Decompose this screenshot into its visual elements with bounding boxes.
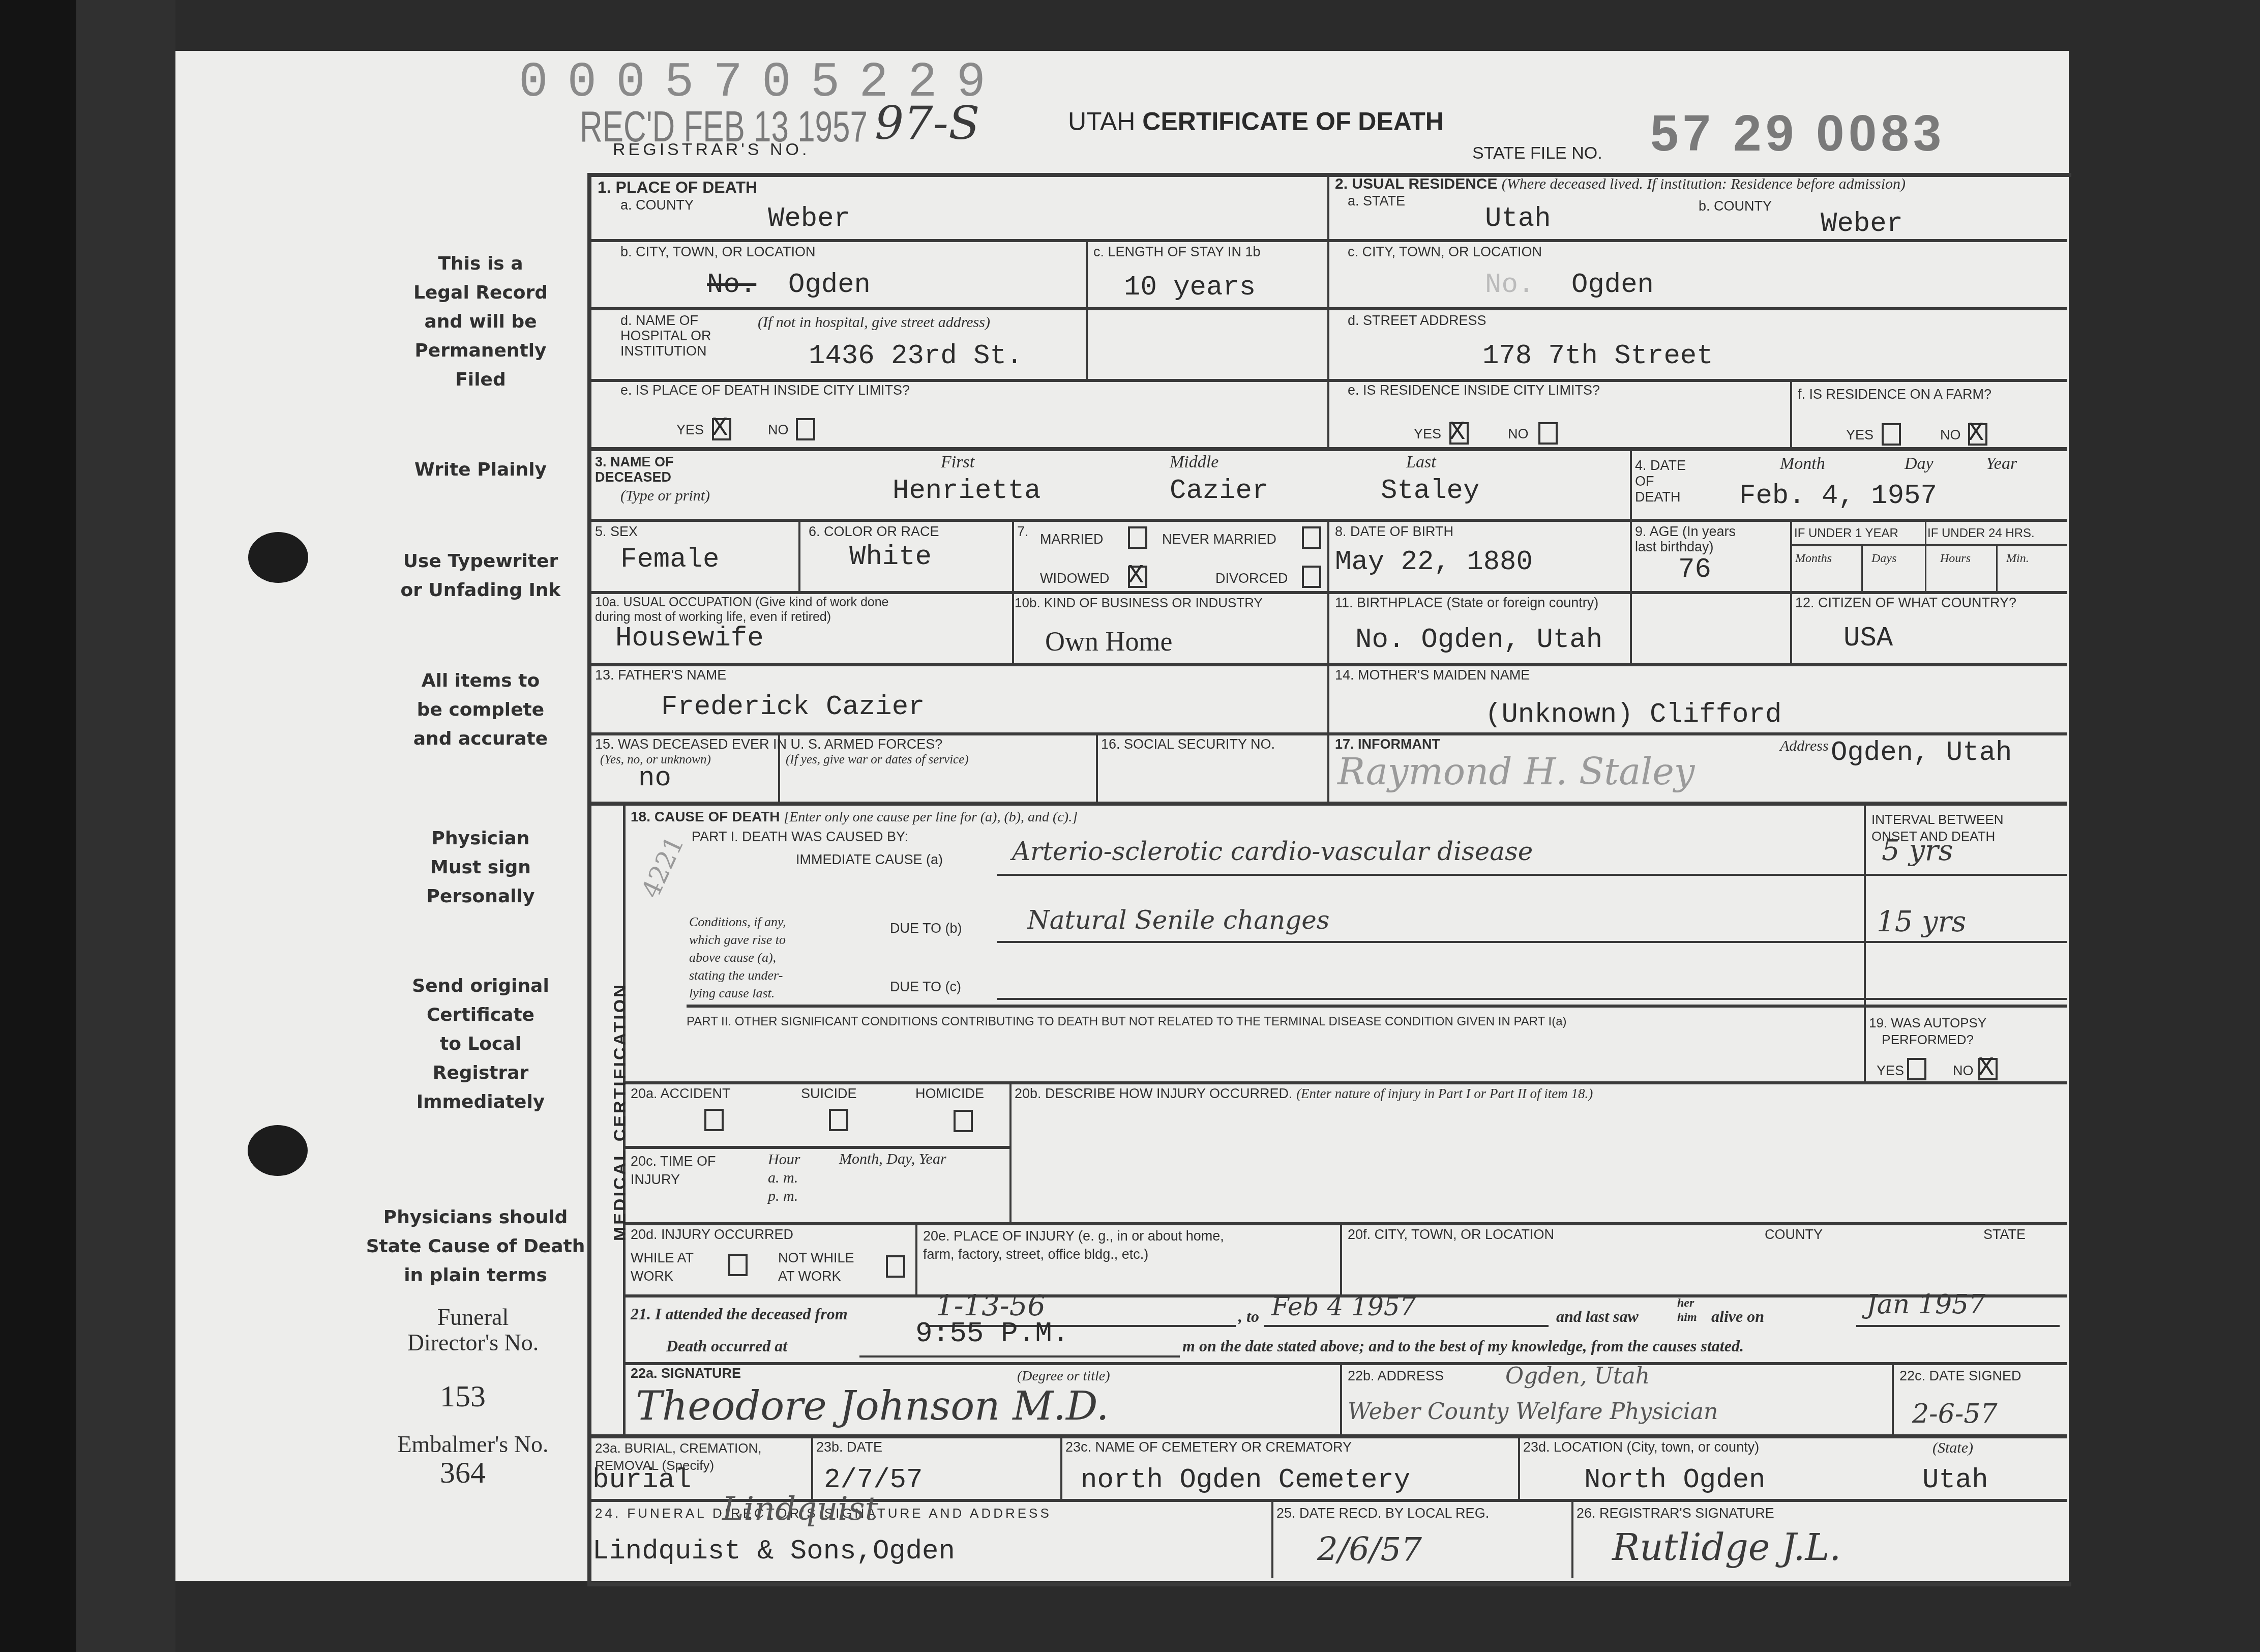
injury-desc-hint: (Enter nature of injury in Part I or Par… <box>1296 1086 1593 1101</box>
middle-label: Middle <box>1170 453 1218 472</box>
residence-city-struck: No. <box>1485 270 1534 301</box>
date-signed-field[interactable]: 2-6-57 <box>1912 1399 1997 1429</box>
last-label: Last <box>1406 453 1436 472</box>
institution-label: d. NAME OF HOSPITAL OR INSTITUTION <box>620 313 711 359</box>
rule <box>811 1434 813 1499</box>
age-label: 9. AGE (In years last birthday) <box>1635 524 1736 554</box>
residence-city-field[interactable]: Ogden <box>1571 270 1654 301</box>
first-label: First <box>941 453 974 472</box>
name-hint: (Type or print) <box>620 487 710 505</box>
rule <box>1790 519 1792 663</box>
farm-no-checkbox[interactable] <box>1968 423 1987 446</box>
usual-residence-hint: (Where deceased lived. If institution: R… <box>1502 175 1906 192</box>
rule <box>1518 1434 1520 1499</box>
rule <box>1892 1362 1894 1434</box>
yes-label: YES <box>676 422 704 438</box>
residence-city-limits-label: e. IS RESIDENCE INSIDE CITY LIMITS? <box>1348 382 1600 398</box>
death-occurred-tail: m on the date stated above; and to the b… <box>1182 1337 1744 1355</box>
physician-signature: Theodore Johnson M.D. <box>636 1383 1109 1429</box>
hours-label: Hours <box>1940 552 1971 566</box>
never-married-label: NEVER MARRIED <box>1162 532 1276 547</box>
place-of-death-heading: 1. PLACE OF DEATH <box>598 178 757 197</box>
death-city-limits-label: e. IS PLACE OF DEATH INSIDE CITY LIMITS? <box>620 382 910 398</box>
widowed-checkbox[interactable] <box>1128 566 1147 588</box>
rule <box>590 802 2067 806</box>
punch-hole <box>248 1125 308 1176</box>
suicide-label: SUICIDE <box>801 1086 857 1102</box>
rule <box>1060 1434 1062 1499</box>
homicide-checkbox[interactable] <box>954 1110 973 1132</box>
immediate-cause-label: IMMEDIATE CAUSE (a) <box>796 852 943 868</box>
month-label: Month <box>1780 454 1825 474</box>
burial-location-label: 23d. LOCATION (City, town, or county) <box>1523 1439 1759 1455</box>
note-complete-accurate: All items to be complete and accurate <box>374 666 587 753</box>
citizen-field[interactable]: USA <box>1843 623 1893 654</box>
injury-description-field[interactable] <box>1015 1109 2062 1218</box>
note-cause-plain-terms: Physicians should State Cause of Death i… <box>356 1203 595 1290</box>
married-label: MARRIED <box>1040 532 1104 547</box>
no-label: NO <box>1953 1063 1974 1079</box>
funeral-director-field[interactable]: Lindquist & Sons,Ogden <box>592 1536 955 1567</box>
dob-label: 8. DATE OF BIRTH <box>1335 524 1453 540</box>
note-physician-sign: Physician Must sign Personally <box>374 824 587 911</box>
not-while-at-work-label: NOT WHILE AT WORK <box>778 1249 854 1285</box>
sex-label: 5. SEX <box>595 524 638 540</box>
race-label: 6. COLOR OR RACE <box>809 524 939 540</box>
rule <box>1340 1222 1342 1294</box>
rule <box>1630 447 1632 663</box>
not-while-at-work-checkbox[interactable] <box>886 1255 905 1278</box>
state-file-no-label: STATE FILE NO. <box>1472 143 1602 163</box>
place-of-injury-label: 20e. PLACE OF INJURY (e. g., in or about… <box>923 1227 1224 1263</box>
mother-name-field[interactable]: (Unknown) Clifford <box>1485 699 1781 730</box>
rule <box>1996 544 1998 591</box>
deceased-name-label: 3. NAME OF DECEASED <box>595 454 674 485</box>
funeral-director-no-label: Funeral Director's No. <box>366 1305 580 1355</box>
widowed-label: WIDOWED <box>1040 571 1109 586</box>
min-label: Min. <box>2006 552 2029 566</box>
no-label: NO <box>768 422 789 438</box>
date-recd-label: 25. DATE RECD. BY LOCAL REG. <box>1276 1506 1489 1521</box>
rule <box>1009 1081 1012 1222</box>
marital-label: 7. <box>1017 524 1029 540</box>
occupation-label: 10a. USUAL OCCUPATION (Give kind of work… <box>595 595 889 625</box>
last-saw-label: and last saw <box>1556 1307 1639 1326</box>
street-label: d. STREET ADDRESS <box>1348 313 1486 329</box>
while-at-work-label: WHILE AT WORK <box>631 1249 694 1285</box>
yes-label: YES <box>1877 1063 1904 1079</box>
injury-occurred-label: 20d. INJURY OCCURRED <box>631 1227 793 1243</box>
birthplace-label: 11. BIRTHPLACE (State or foreign country… <box>1335 595 1598 611</box>
birthplace-field[interactable]: No. Ogden, Utah <box>1355 625 1602 656</box>
autopsy-label: 19. WAS AUTOPSY PERFORMED? <box>1869 1015 1986 1048</box>
date-of-death-field[interactable]: Feb. 4, 1957 <box>1739 481 1937 512</box>
yes-label: YES <box>1846 427 1874 443</box>
title-state: UTAH <box>1068 107 1135 136</box>
state-label: a. STATE <box>1348 193 1405 209</box>
accident-label: 20a. ACCIDENT <box>631 1086 731 1102</box>
signature-label: 22a. SIGNATURE <box>631 1366 741 1381</box>
rule <box>623 1222 2067 1225</box>
death-city-field[interactable]: Ogden <box>788 270 871 301</box>
armed-forces-label: 15. WAS DECEASED EVER IN U. S. ARMED FOR… <box>595 736 942 752</box>
no-label: NO <box>1940 427 1961 443</box>
farm-yes-checkbox[interactable] <box>1882 423 1901 446</box>
sex-field[interactable]: Female <box>620 544 719 575</box>
rule <box>1012 519 1014 591</box>
note-typewriter: Use Typewriter or Unfading Ink <box>374 547 587 605</box>
residence-state-field[interactable]: Utah <box>1485 203 1551 234</box>
immediate-cause-field[interactable]: Arterio-sclerotic cardio-vascular diseas… <box>1012 837 1533 866</box>
note-send-original: Send original Certificate to Local Regis… <box>374 971 587 1116</box>
attended-to-field[interactable]: Feb 4 1957 <box>1271 1292 1416 1321</box>
registrar-signature-label: 26. REGISTRAR'S SIGNATURE <box>1577 1506 1774 1521</box>
mother-label: 14. MOTHER'S MAIDEN NAME <box>1335 667 1530 683</box>
industry-label: 10b. KIND OF BUSINESS OR INDUSTRY <box>1015 595 1263 611</box>
cemetery-field[interactable]: north Ogden Cemetery <box>1081 1465 1410 1496</box>
death-inside-city-yes-checkbox[interactable] <box>712 418 731 440</box>
date-of-birth-field[interactable]: May 22, 1880 <box>1335 547 1533 578</box>
month-day-year-label: Month, Day, Year <box>839 1150 946 1168</box>
divorced-checkbox[interactable] <box>1302 566 1321 588</box>
under-1-year-label: IF UNDER 1 YEAR <box>1794 526 1898 541</box>
her-him-label: her him <box>1677 1296 1697 1324</box>
interval-a-field[interactable]: 5 yrs <box>1882 834 1953 867</box>
county-label: a. COUNTY <box>620 197 694 213</box>
usual-residence-heading: 2. USUAL RESIDENCE (Where deceased lived… <box>1335 175 1906 193</box>
burial-location-field[interactable]: North Ogden <box>1584 1465 1765 1496</box>
due-to-b-label: DUE TO (b) <box>890 921 962 936</box>
days-label: Days <box>1871 552 1896 566</box>
rule <box>1086 239 1088 379</box>
day-label: Day <box>1905 454 1934 474</box>
time-of-injury-label: 20c. TIME OF INJURY <box>631 1152 716 1189</box>
rule <box>1790 379 1792 447</box>
scan-border <box>76 0 175 1652</box>
suicide-checkbox[interactable] <box>829 1109 848 1131</box>
injury-desc-label: 20b. DESCRIBE HOW INJURY OCCURRED. (Ente… <box>1015 1086 1593 1102</box>
institution-field[interactable]: 1436 23rd St. <box>809 341 1023 372</box>
ssn-label: 16. SOCIAL SECURITY NO. <box>1101 736 1275 752</box>
father-label: 13. FATHER'S NAME <box>595 667 726 683</box>
autopsy-no-checkbox[interactable] <box>1978 1058 1998 1080</box>
interval-b-field[interactable]: 15 yrs <box>1877 905 1966 938</box>
title-main: CERTIFICATE OF DEATH <box>1142 107 1444 136</box>
rule <box>859 1355 1180 1358</box>
physician-address-line1[interactable]: Ogden, Utah <box>1505 1363 1650 1389</box>
conditions-note: Conditions, if any, which gave rise to a… <box>689 913 786 1002</box>
certificate-title: UTAH CERTIFICATE OF DEATH <box>1068 107 1444 136</box>
funeral-director-signature: Lindquist <box>722 1490 878 1528</box>
embalmer-no: 364 <box>356 1460 570 1485</box>
state-file-no-value: 57 29 0083 <box>1650 104 1946 163</box>
residence-county-field[interactable]: Weber <box>1821 209 1903 240</box>
registrars-no-label: REGISTRAR'S NO. <box>613 140 810 160</box>
last-name-field[interactable]: Staley <box>1381 476 1479 507</box>
rule <box>623 1362 2067 1365</box>
rule <box>590 447 2067 451</box>
rule <box>1327 173 1329 448</box>
rule <box>1264 1325 1549 1327</box>
attended-to-label: , to <box>1238 1307 1259 1326</box>
rule <box>623 1146 1009 1149</box>
death-county-field[interactable]: Weber <box>768 203 850 234</box>
residence-street-field[interactable]: 178 7th Street <box>1482 341 1713 372</box>
under-24-hrs-label: IF UNDER 24 HRS. <box>1927 526 2035 541</box>
date-of-death-label: 4. DATE OF DEATH <box>1635 458 1686 505</box>
injury-state-label: STATE <box>1983 1227 2026 1243</box>
first-name-field[interactable]: Henrietta <box>893 476 1041 507</box>
rule <box>1327 519 1329 802</box>
yes-label: YES <box>1414 426 1441 442</box>
rule <box>1856 1325 2060 1327</box>
rule <box>798 519 800 591</box>
date-signed-label: 22c. DATE SIGNED <box>1899 1368 2021 1384</box>
degree-label: (Degree or title) <box>1017 1368 1110 1384</box>
months-label: Months <box>1795 552 1832 566</box>
rule <box>1012 591 1014 663</box>
citizen-label: 12. CITIZEN OF WHAT COUNTRY? <box>1795 595 2016 611</box>
date-recd-field[interactable]: 2/6/57 <box>1317 1531 1422 1569</box>
residence-inside-city-yes-checkbox[interactable] <box>1449 422 1469 445</box>
rule <box>997 941 2067 943</box>
age-field[interactable]: 76 <box>1678 554 1711 585</box>
armed-forces-field[interactable]: no <box>638 763 671 794</box>
funeral-director-no: 153 <box>356 1383 570 1409</box>
attended-label: 21. I attended the deceased from <box>631 1305 848 1323</box>
note-write-plainly: Write Plainly <box>374 455 587 484</box>
medical-certification-label: MEDICAL CERTIFICATION <box>610 936 630 1241</box>
farm-label: f. IS RESIDENCE ON A FARM? <box>1798 387 1991 402</box>
residence-inside-city-no-checkbox[interactable] <box>1538 422 1558 445</box>
rule <box>1340 1362 1342 1434</box>
father-name-field[interactable]: Frederick Cazier <box>661 692 925 723</box>
informant-signature: Raymond H. Staley <box>1337 750 1695 793</box>
informant-address-label: Address <box>1780 737 1829 755</box>
rule <box>1271 1499 1273 1578</box>
rule <box>997 874 1864 876</box>
cause-title: 18. CAUSE OF DEATH <box>631 809 780 824</box>
married-checkbox[interactable] <box>1128 526 1147 549</box>
burial-state-label: (State) <box>1932 1439 1973 1457</box>
homicide-label: HOMICIDE <box>915 1086 984 1102</box>
cause-heading: 18. CAUSE OF DEATH [Enter only one cause… <box>631 809 1078 825</box>
middle-name-field[interactable]: Cazier <box>1170 476 1268 507</box>
industry-field[interactable]: Own Home <box>1045 626 1172 657</box>
part2-label: PART II. OTHER SIGNIFICANT CONDITIONS CO… <box>687 1015 1566 1029</box>
rule <box>1925 521 1926 591</box>
hour-label: Hour a. m. p. m. <box>768 1150 800 1205</box>
stay-label: c. LENGTH OF STAY IN 1b <box>1093 244 1261 260</box>
armed-forces-service-hint: (If yes, give war or dates of service) <box>786 753 969 767</box>
race-field[interactable]: White <box>849 542 932 573</box>
residence-city-label: c. CITY, TOWN, OR LOCATION <box>1348 244 1542 260</box>
part1-label: PART I. DEATH WAS CAUSED BY: <box>692 829 908 845</box>
rule <box>1096 732 1098 802</box>
address-label: 22b. ADDRESS <box>1348 1368 1444 1384</box>
divorced-label: DIVORCED <box>1215 571 1288 586</box>
accident-checkbox[interactable] <box>704 1109 724 1131</box>
city-label: b. CITY, TOWN, OR LOCATION <box>620 244 816 260</box>
burial-state-field[interactable]: Utah <box>1922 1465 1988 1496</box>
rule <box>687 1005 2067 1008</box>
cause-hint: [Enter only one cause per line for (a), … <box>784 809 1078 825</box>
death-occurred-label: Death occurred at <box>666 1337 787 1355</box>
embalmer-no-label: Embalmer's No. <box>366 1432 580 1457</box>
death-time-field[interactable]: 9:55 P.M. <box>915 1317 1069 1350</box>
due-to-c-label: DUE TO (c) <box>890 979 961 995</box>
never-married-checkbox[interactable] <box>1302 526 1321 549</box>
informant-address-field[interactable]: Ogden, Utah <box>1831 737 2012 769</box>
death-city-struck: No. <box>707 270 756 301</box>
residence-county-label: b. COUNTY <box>1699 198 1772 214</box>
physician-address-line2[interactable]: Weber County Welfare Physician <box>1348 1399 1718 1425</box>
rule <box>1571 1499 1573 1578</box>
autopsy-yes-checkbox[interactable] <box>1907 1058 1926 1080</box>
due-to-b-field[interactable]: Natural Senile changes <box>1027 905 1329 935</box>
rule <box>915 1222 917 1294</box>
rule <box>1861 544 1863 591</box>
registrar-signature: Rutlidge J.L. <box>1612 1526 1841 1569</box>
injury-county-label: COUNTY <box>1765 1227 1823 1243</box>
rule <box>1791 544 2067 546</box>
no-label: NO <box>1508 426 1529 442</box>
cemetery-label: 23c. NAME OF CEMETERY OR CREMATORY <box>1065 1439 1352 1455</box>
burial-date-label: 23b. DATE <box>816 1439 882 1455</box>
registrars-no-value: 97-S <box>875 97 980 150</box>
note-legal-record: This is a Legal Record and will be Perma… <box>374 249 587 394</box>
occupation-field[interactable]: Housewife <box>615 623 764 654</box>
while-at-work-checkbox[interactable] <box>728 1254 748 1276</box>
death-inside-city-no-checkbox[interactable] <box>796 418 815 440</box>
rule <box>997 998 2067 1000</box>
length-of-stay-field[interactable]: 10 years <box>1124 272 1256 303</box>
alive-on-field[interactable]: Jan 1957 <box>1866 1289 1985 1320</box>
punch-hole <box>248 532 308 583</box>
scan-border-left <box>0 0 76 1652</box>
usual-residence-title: 2. USUAL RESIDENCE <box>1335 175 1498 192</box>
disposition-field[interactable]: burial <box>592 1465 691 1496</box>
injury-desc-title: 20b. DESCRIBE HOW INJURY OCCURRED. <box>1015 1086 1293 1101</box>
institution-hint: (If not in hospital, give street address… <box>758 314 990 331</box>
year-label: Year <box>1986 454 2017 474</box>
rule <box>1864 874 2067 876</box>
alive-on-label: alive on <box>1711 1307 1764 1326</box>
injury-city-label: 20f. CITY, TOWN, OR LOCATION <box>1348 1227 1554 1243</box>
rule <box>623 1081 2067 1084</box>
